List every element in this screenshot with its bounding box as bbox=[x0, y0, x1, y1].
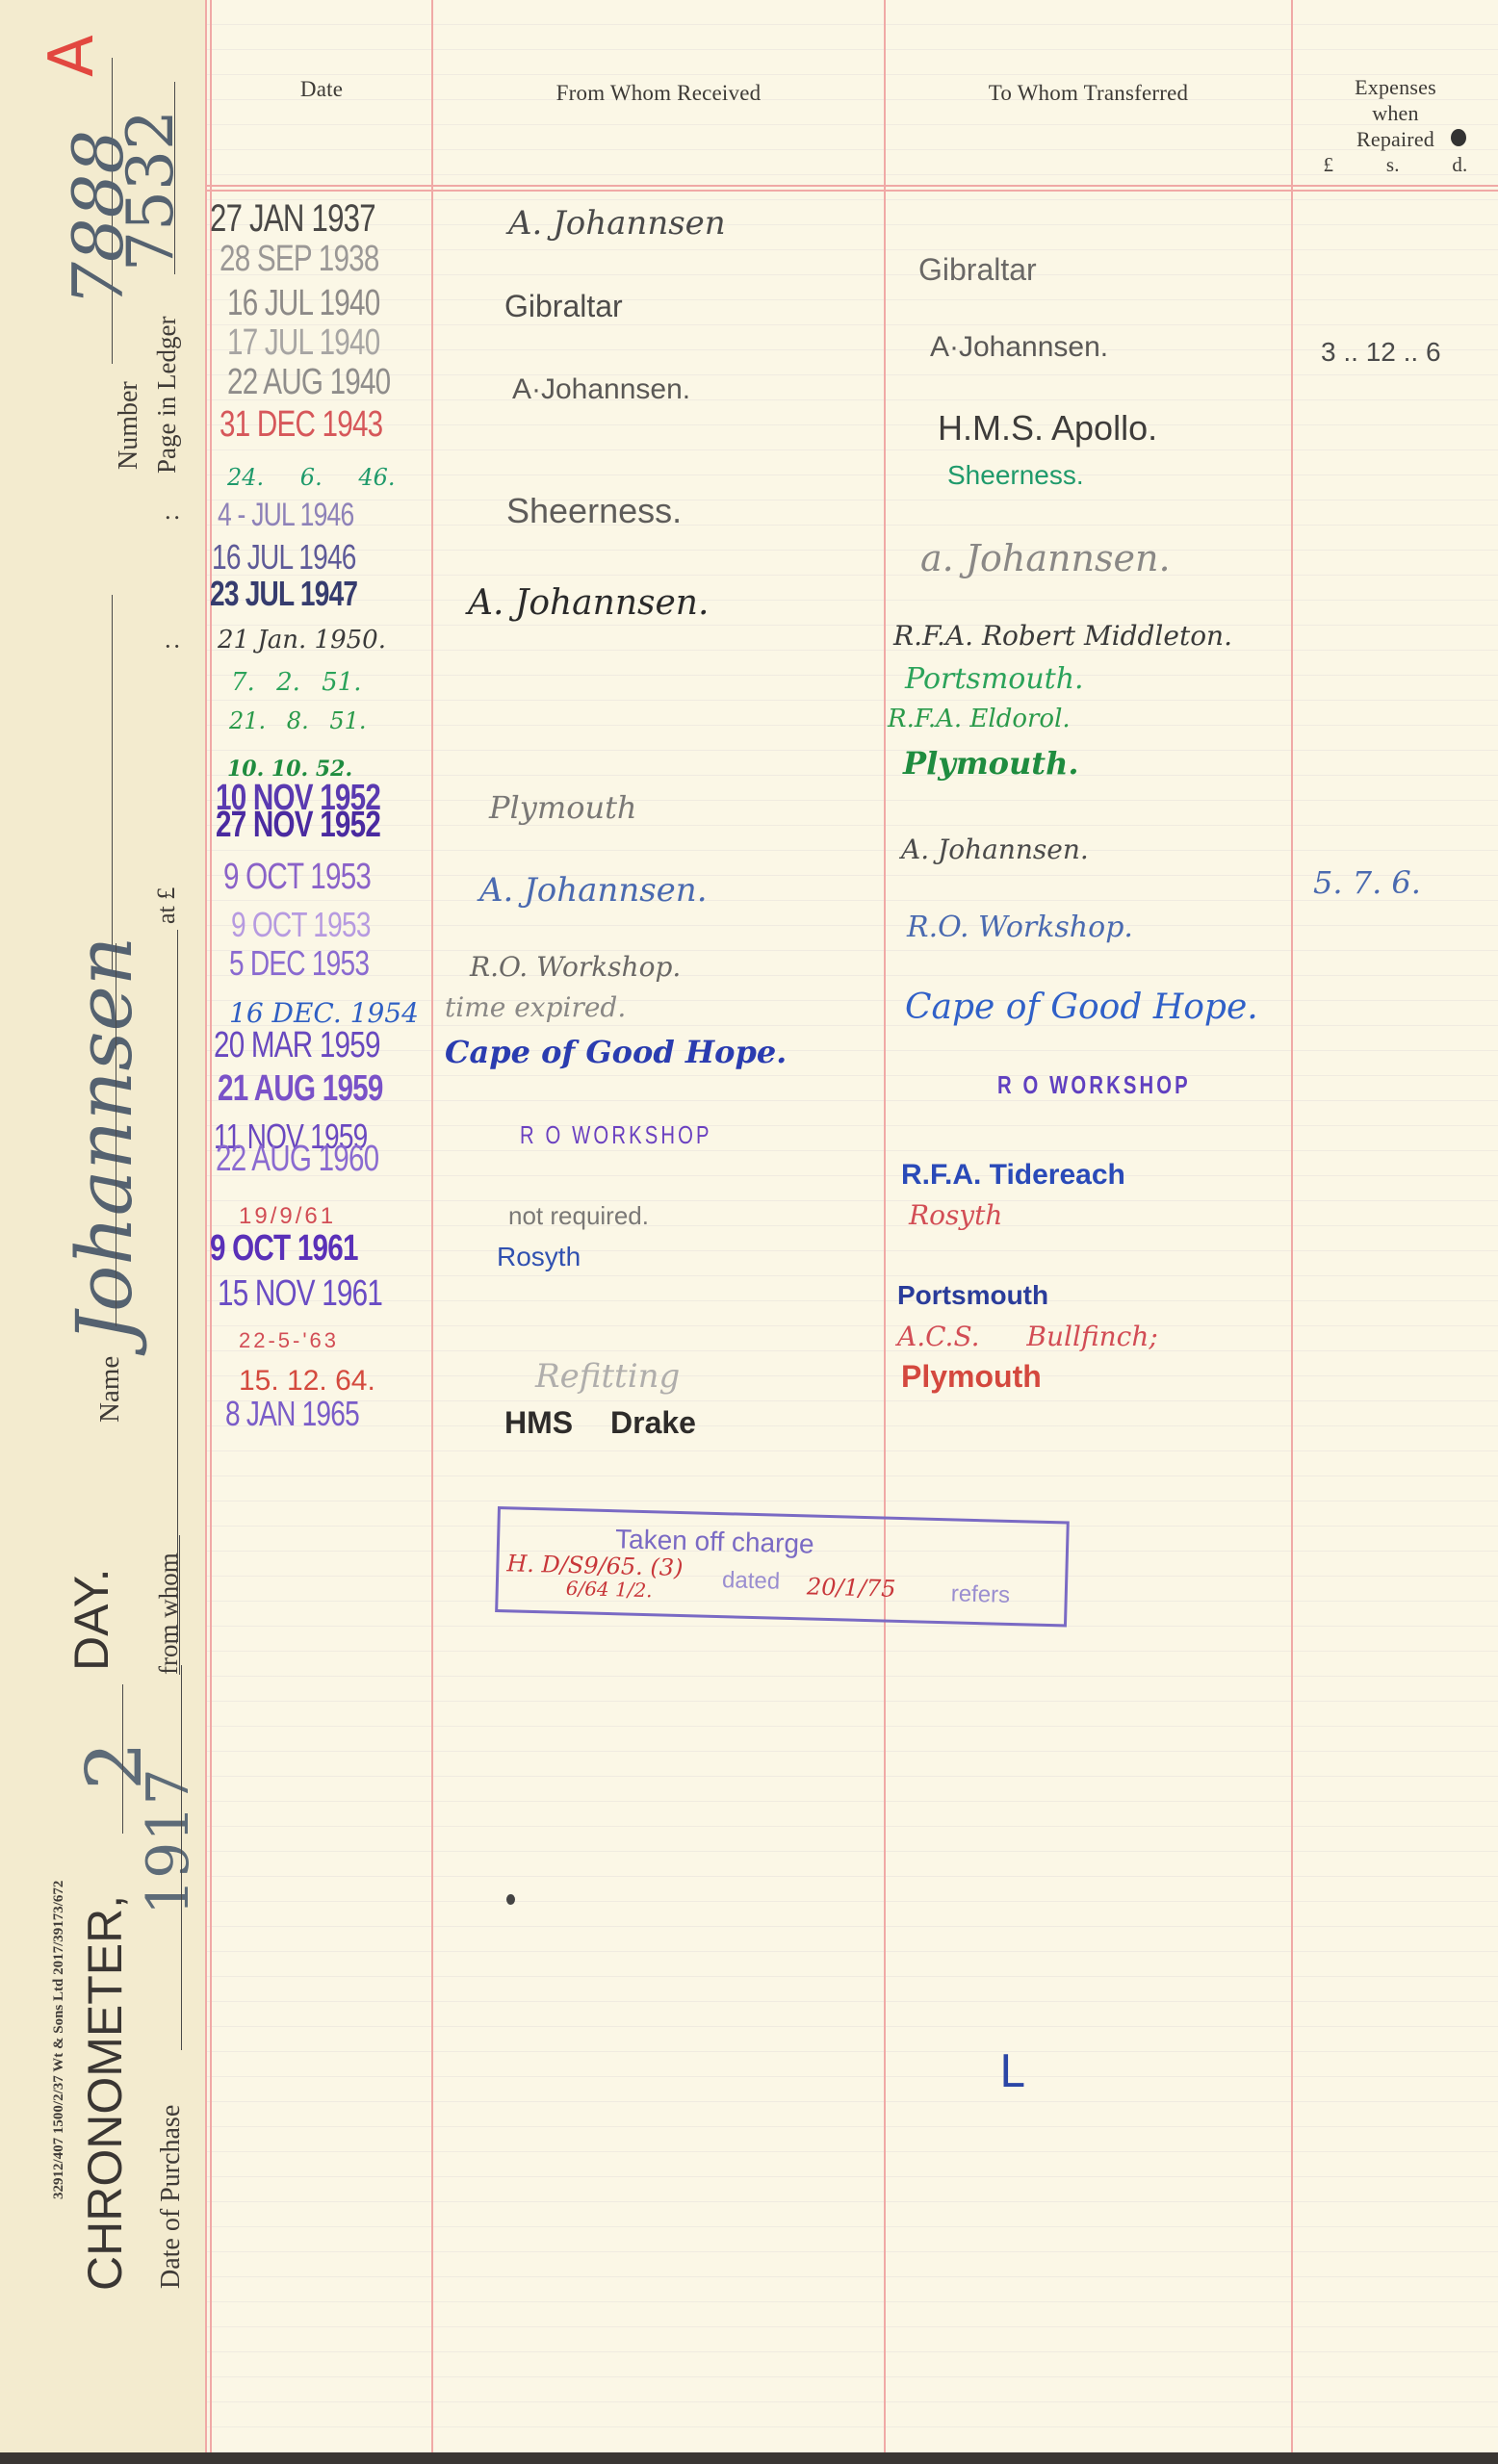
to-entry: H.M.S. Apollo. bbox=[938, 408, 1157, 449]
expense-entry: 5. 7. 6. bbox=[1313, 864, 1421, 901]
from-entry: A. Johannsen. bbox=[468, 583, 709, 623]
date-entry: 19/9/61 bbox=[239, 1203, 336, 1230]
purchase-label: Date of Purchase bbox=[156, 2105, 187, 2289]
shillings-label: s. bbox=[1386, 152, 1400, 178]
from-whom-underline bbox=[179, 1535, 180, 1675]
date-entry: 21 AUG 1959 bbox=[218, 1068, 383, 1110]
at-pounds-label: at £ bbox=[152, 887, 181, 924]
date-entry: 20 MAR 1959 bbox=[214, 1025, 380, 1066]
from-entry: Cape of Good Hope. bbox=[445, 1034, 787, 1070]
expenses-label-2: when bbox=[1372, 100, 1418, 126]
to-entry: R.F.A. Robert Middleton. bbox=[893, 620, 1232, 652]
expenses-label-1: Expenses bbox=[1355, 74, 1436, 100]
print-code: 32912/407 1500/2/37 Wt & Sons Ltd 2017/3… bbox=[51, 1881, 67, 2199]
to-entry: Portsmouth. bbox=[905, 662, 1084, 696]
to-entry: Portsmouth bbox=[897, 1280, 1048, 1311]
date-entry: 27 NOV 1952 bbox=[216, 805, 380, 846]
from-entry: R O WORKSHOP bbox=[520, 1120, 712, 1150]
purchase-value: 1917 bbox=[135, 1768, 202, 1915]
date-entry: 22 AUG 1960 bbox=[216, 1139, 378, 1180]
card-bottom-edge bbox=[0, 2452, 1498, 2464]
ink-spot bbox=[506, 1894, 515, 1905]
to-entry: R O WORKSHOP bbox=[997, 1070, 1191, 1100]
to-entry: a. Johannsen. bbox=[920, 537, 1171, 579]
dated-label: dated bbox=[722, 1567, 781, 1596]
from-entry: Plymouth bbox=[489, 789, 637, 826]
date-entry: 27 JAN 1937 bbox=[210, 197, 375, 241]
date-entry: 9 OCT 1961 bbox=[210, 1228, 358, 1270]
off-charge-stamp: Taken off charge H. D/S9/65. (3) 6/64 1/… bbox=[495, 1506, 1070, 1628]
number-label: Number bbox=[114, 381, 144, 470]
date-entry: 15. 12. 64. bbox=[239, 1365, 375, 1398]
date-entry: 17 JUL 1940 bbox=[227, 322, 379, 364]
date-entry: 22 AUG 1940 bbox=[227, 362, 390, 403]
date-entry: 9 OCT 1953 bbox=[231, 905, 371, 945]
refers-label: refers bbox=[950, 1580, 1010, 1609]
from-entry: A·Johannsen. bbox=[512, 373, 690, 406]
expenses-label-3: Repaired bbox=[1356, 126, 1434, 152]
from-entry: A. Johannsen. bbox=[479, 871, 708, 910]
at-separators: : : bbox=[156, 456, 185, 650]
margin-rule-2 bbox=[210, 0, 212, 2452]
pence-label: d. bbox=[1452, 152, 1467, 178]
to-entry: A·Johannsen. bbox=[930, 331, 1108, 364]
to-entry: Cape of Good Hope. bbox=[905, 988, 1258, 1027]
to-entry: Plymouth. bbox=[903, 745, 1078, 782]
to-column-rule bbox=[1291, 0, 1293, 2452]
header-rule-2 bbox=[205, 190, 1498, 192]
from-entry: not required. bbox=[508, 1201, 649, 1231]
to-column-header: To Whom Transferred bbox=[886, 0, 1291, 186]
to-entry: Plymouth bbox=[901, 1359, 1042, 1395]
date-entry: 21. 8. 51. bbox=[229, 707, 367, 734]
name-value: Johannsen bbox=[60, 937, 149, 1343]
from-entry: Refitting bbox=[535, 1357, 680, 1396]
from-entry: Gibraltar bbox=[504, 289, 623, 324]
date-entry: 22-5-'63 bbox=[239, 1328, 339, 1353]
date-entry: 16 JUL 1946 bbox=[212, 537, 356, 577]
ledger-value: 7532 bbox=[114, 110, 188, 271]
to-entry: Sheerness. bbox=[947, 460, 1084, 491]
to-entry: R.O. Workshop. bbox=[907, 911, 1133, 944]
from-entry: R.O. Workshop. bbox=[470, 951, 681, 983]
date-entry: 28 SEP 1938 bbox=[220, 239, 379, 280]
card-title: CHRONOMETER, bbox=[77, 1895, 133, 2291]
date-column-rule bbox=[431, 0, 433, 2452]
type-underline bbox=[122, 1684, 123, 1834]
from-entry: Sheerness. bbox=[506, 491, 682, 531]
name-underline bbox=[116, 943, 116, 1326]
date-entry: 31 DEC 1943 bbox=[220, 404, 382, 446]
from-column-rule bbox=[884, 0, 886, 2452]
to-entry: R.F.A. Eldorol. bbox=[888, 705, 1071, 733]
date-entry: 24. 6. 46. bbox=[227, 464, 396, 491]
ink-blot bbox=[1451, 129, 1466, 146]
purchase-underline bbox=[181, 1665, 182, 2050]
off-charge-date: 20/1/75 bbox=[807, 1573, 896, 1602]
to-entry: A.C.S. Bullfinch; bbox=[897, 1321, 1158, 1352]
type-suffix: DAY. bbox=[64, 1568, 119, 1671]
from-entry: Rosyth bbox=[497, 1242, 581, 1272]
to-entry: R.F.A. Tidereach bbox=[901, 1159, 1125, 1192]
name-label: Name bbox=[94, 1356, 126, 1423]
date-entry: 23 JUL 1947 bbox=[210, 574, 357, 614]
number-suffix: A bbox=[37, 35, 108, 77]
date-entry: 15 NOV 1961 bbox=[218, 1273, 382, 1315]
name-upper-underline bbox=[112, 595, 113, 970]
pounds-label: £ bbox=[1324, 152, 1334, 178]
ledger-label: Page in Ledger bbox=[152, 317, 182, 474]
ledger-card bbox=[0, 0, 1498, 2452]
date-entry: 16 JUL 1940 bbox=[227, 283, 379, 324]
to-entry: A. Johannsen. bbox=[901, 834, 1089, 865]
expense-entry: 3 .. 12 .. 6 bbox=[1321, 337, 1441, 368]
margin-rule-1 bbox=[205, 0, 207, 2452]
date-entry: 5 DEC 1953 bbox=[229, 943, 369, 984]
date-entry: 4 - JUL 1946 bbox=[218, 497, 354, 534]
date-entry: 21 Jan. 1950. bbox=[218, 626, 386, 654]
from-entry: A. Johannsen bbox=[508, 204, 726, 243]
off-charge-reference-2: 6/64 1/2. bbox=[565, 1577, 652, 1602]
date-entry: 9 OCT 1953 bbox=[223, 857, 371, 898]
date-column-header: Date bbox=[212, 0, 431, 182]
from-entry: time expired. bbox=[445, 991, 626, 1023]
to-entry: Rosyth bbox=[909, 1199, 1002, 1231]
from-entry: HMS Drake bbox=[504, 1405, 696, 1441]
lsd-subheaders: £ s. d. bbox=[1324, 152, 1468, 178]
from-column-header: From Whom Received bbox=[433, 0, 884, 186]
check-mark: L bbox=[999, 2045, 1024, 2097]
date-entry: 7. 2. 51. bbox=[231, 668, 362, 697]
expenses-column-header: Expenses when Repaired £ s. d. bbox=[1293, 0, 1498, 178]
at-underline bbox=[177, 930, 178, 1642]
date-entry: 8 JAN 1965 bbox=[225, 1394, 359, 1434]
to-entry: Gibraltar bbox=[918, 252, 1037, 288]
